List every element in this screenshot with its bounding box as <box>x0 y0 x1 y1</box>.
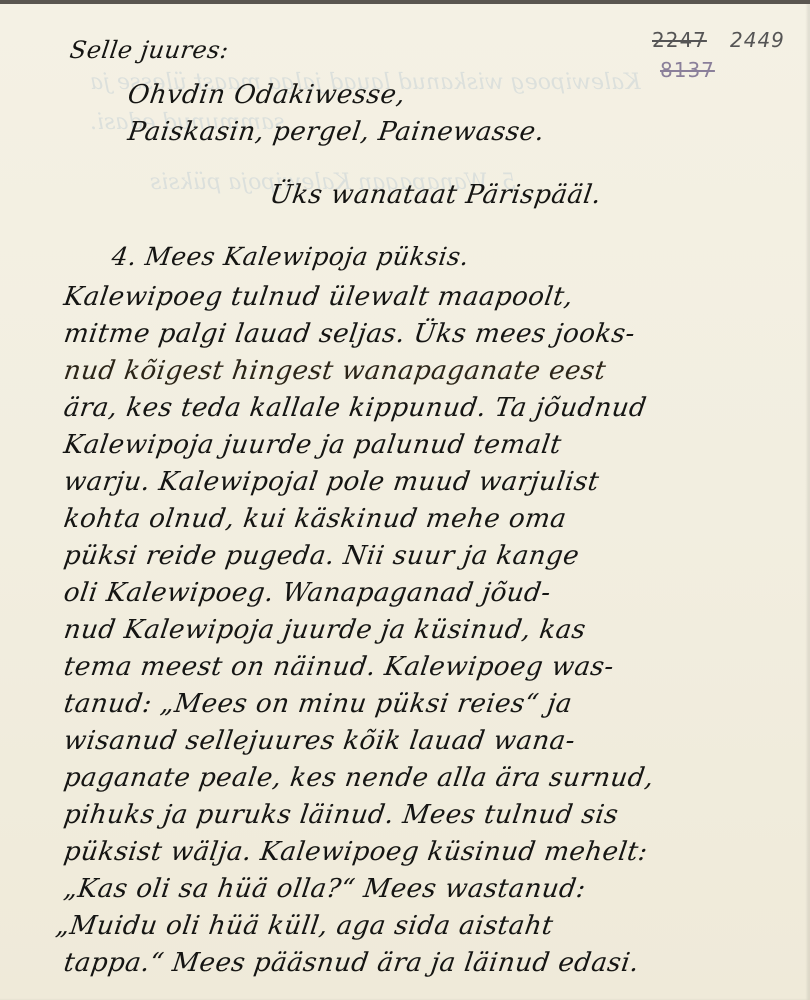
story-line: wisanud sellejuures kõik lauad wana- <box>62 726 577 756</box>
story-line: nud Kalewipoja juurde ja küsinud, kas <box>62 615 588 645</box>
story-line: mitme palgi lauad seljas. Üks mees jooks… <box>62 319 637 349</box>
story-line: Kalewipoeg tulnud ülewalt maapoolt, <box>62 282 575 312</box>
story-title: 4. Mees Kalewipoja püksis. <box>110 242 471 271</box>
verse-line-1: Ohvdin Odakiwesse, <box>126 80 407 110</box>
section-heading: Selle juures: <box>68 36 231 64</box>
archive-number-struck-2: 8137 <box>660 58 715 82</box>
signature-line: Üks wanataat Pärispääl. <box>268 180 603 210</box>
story-line: paganate peale, kes nende alla ära surnu… <box>62 763 656 793</box>
page-top-edge <box>0 0 810 4</box>
story-line: „Muidu oli hüä küll, aga sida aistaht <box>54 911 555 941</box>
archive-number-current: 2449 <box>730 28 785 52</box>
story-line: püksist wälja. Kalewipoeg küsinud mehelt… <box>62 837 650 867</box>
story-line: pihuks ja puruks läinud. Mees tulnud sis <box>62 800 620 830</box>
story-line: tema meest on näinud. Kalewipoeg was- <box>62 652 616 682</box>
story-line: ära, kes teda kallale kippunud. Ta jõudn… <box>62 393 649 423</box>
archive-number-struck: 2247 <box>652 28 707 52</box>
story-line: püksi reide pugeda. Nii suur ja kange <box>62 541 581 571</box>
manuscript-page: Kalewipoeg wiskanud lauad jalga maast ül… <box>0 0 810 1000</box>
story-line: kohta olnud, kui käskinud mehe oma <box>62 504 569 534</box>
story-line: „Kas oli sa hüä olla?“ Mees wastanud: <box>62 874 588 904</box>
story-line: tanud: „Mees on minu püksi reies“ ja <box>62 689 574 719</box>
story-line: nud kõigest hingest wanapaganate eest <box>62 356 608 386</box>
story-line: oli Kalewipoeg. Wanapaganad jõud- <box>62 578 553 608</box>
story-line: Kalewipoja juurde ja palunud temalt <box>62 430 563 460</box>
story-line: warju. Kalewipojal pole muud warjulist <box>62 467 601 497</box>
story-line: tappa.“ Mees pääsnud ära ja läinud edasi… <box>62 948 641 978</box>
verse-line-2: Paiskasin, pergel, Painewasse. <box>126 117 547 147</box>
